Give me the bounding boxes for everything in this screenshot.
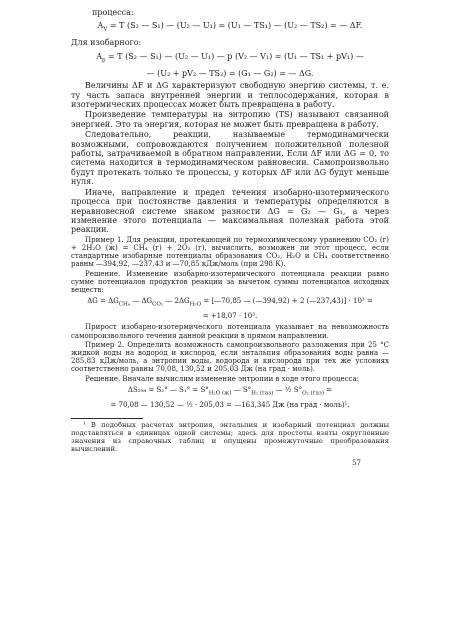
equation-isochoric-work: AV = T (S₂ — S₁) — (U₂ — U₁) = (U₁ — TS₁… — [71, 21, 389, 35]
lead-fragment: процесса: — [92, 8, 389, 17]
eq-text: = T (S₂ — S₁) — (U₂ — U₁) = (U₁ — TS₁) —… — [107, 21, 362, 30]
example2-solution: Решение. Вначале вычислим изменение энтр… — [71, 375, 389, 383]
example1-statement: Пример 1. Для реакции, протекающей по те… — [71, 236, 389, 269]
isobaric-heading: Для изобарного: — [71, 38, 389, 47]
example1-conclusion: Прирост изобарно-изотермического потенци… — [71, 323, 389, 339]
eq-subscript: O₂ (газ) — [302, 390, 324, 396]
equation-entropy-line1: ΔS₂₉₈ = S₂° — S₁° = S°H₂O (ж) — S°H₂ (га… — [71, 386, 389, 399]
footnote-text: ¹ В подобных расчетах энтропия, энтальпи… — [71, 422, 389, 454]
eq-text: = [—70,85 — (—394,92) + 2 (—237,43)] · 1… — [201, 297, 373, 305]
eq-text: — 2ΔG — [163, 297, 190, 305]
equation-gibbs-line1: ΔG = ΔGCH₄ — ΔGCO₂ — 2ΔGH₂O = [—70,85 — … — [71, 297, 389, 310]
eq-text: ΔG = ΔG — [87, 297, 119, 305]
equation-entropy-line2: = 70,08 — 130,52 — ½ · 205,03 = —163,345… — [71, 401, 389, 410]
example2-statement: Пример 2. Определить возможность самопро… — [71, 341, 389, 374]
equation-isobaric-work-line1: Ap = T (S₂ — S₁) — (U₂ — U₁) — p (V₂ — V… — [71, 52, 389, 66]
eq-subscript: H₂O (ж) — [209, 390, 232, 396]
example1-solution: Решение. Изменение изобарно-изотермическ… — [71, 270, 389, 295]
eq-text: — S° — [231, 386, 251, 394]
eq-text: ΔS₂₉₈ = S₂° — S₁° = S° — [128, 386, 209, 394]
eq-text: = — [324, 386, 332, 394]
eq-text: = T (S₂ — S₁) — (U₂ — U₁) — p (V₂ — V₁) … — [106, 52, 364, 61]
eq-text: — ½ S° — [273, 386, 302, 394]
page-text-block: процесса: AV = T (S₂ — S₁) — (U₂ — U₁) =… — [71, 8, 389, 468]
paragraph-bound-energy: Произведение температуры на энтропию (TS… — [71, 110, 389, 129]
page-number: 57 — [71, 459, 389, 468]
eq-subscript: H₂O — [190, 302, 202, 308]
scanned-book-page: процесса: AV = T (S₂ — S₁) — (U₂ — U₁) =… — [0, 0, 450, 636]
eq-text: — ΔG — [130, 297, 152, 305]
eq-subscript: CH₄ — [119, 302, 130, 308]
paragraph-free-energy: Величины ΔF и ΔG характеризуют свободную… — [71, 81, 389, 109]
eq-subscript: CO₂ — [152, 302, 163, 308]
paragraph-direction: Иначе, направление и предел течения изоб… — [71, 188, 389, 235]
paragraph-spontaneity: Следовательно, реакции, называемые термо… — [71, 130, 389, 186]
equation-gibbs-line2: = +18,07 · 10³. — [71, 312, 389, 321]
equation-isobaric-work-line2: — (U₂ + pV₂ — TS₂) = (G₁ — G₂) = — ΔG. — [71, 69, 389, 78]
eq-subscript: H₂ (газ) — [251, 390, 273, 396]
footnote-divider — [71, 418, 143, 419]
